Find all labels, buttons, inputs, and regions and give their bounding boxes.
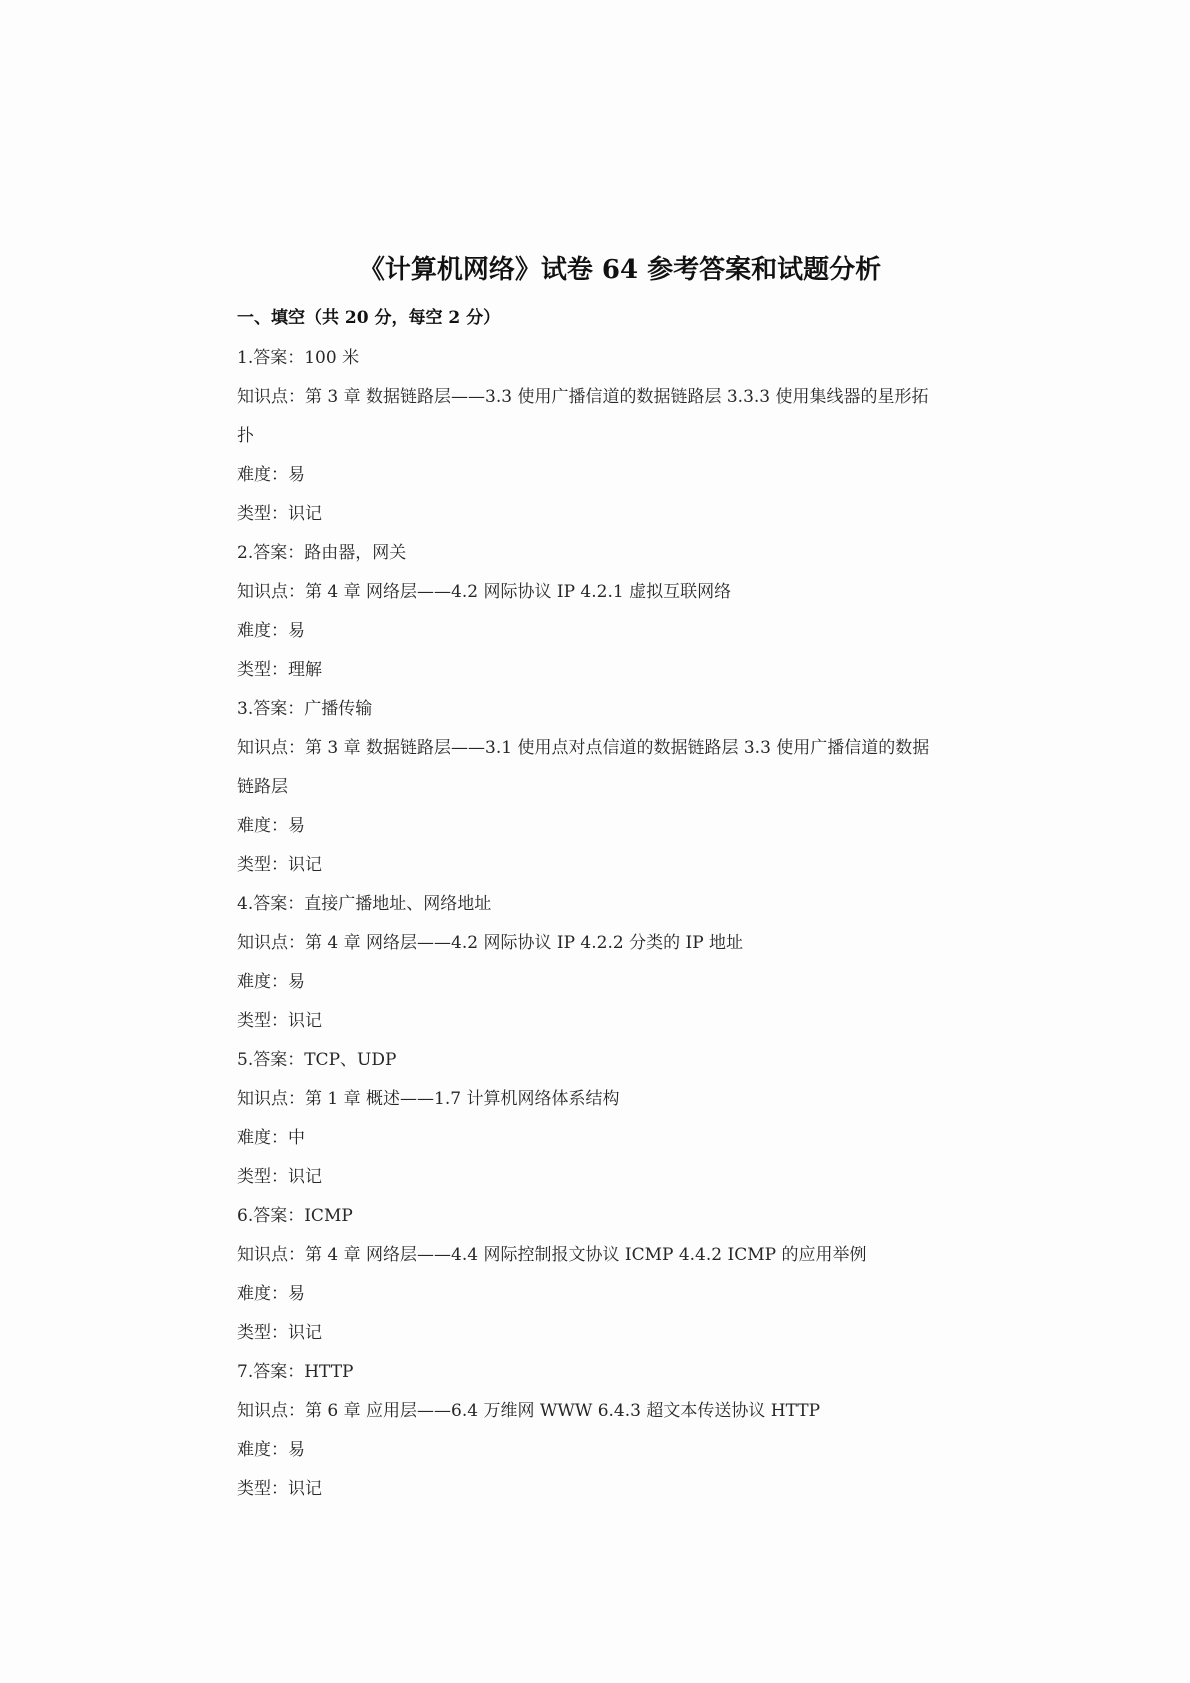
text-line: 1.答案：100 米 bbox=[237, 346, 1037, 370]
text-line: 知识点：第 4 章 网络层——4.4 网际控制报文协议 ICMP 4.4.2 I… bbox=[237, 1243, 1037, 1267]
text-line: 2.答案：路由器，网关 bbox=[237, 541, 1037, 565]
text-line: 3.答案：广播传输 bbox=[237, 697, 1037, 721]
text-line: 6.答案：ICMP bbox=[237, 1204, 1037, 1228]
text-line: 难度：中 bbox=[237, 1126, 1037, 1150]
text-line: 类型：识记 bbox=[237, 502, 1037, 526]
text-line: 扑 bbox=[237, 424, 1037, 448]
text-line: 类型：识记 bbox=[237, 853, 1037, 877]
text-line: 5.答案：TCP、UDP bbox=[237, 1048, 1037, 1072]
text-line: 4.答案：直接广播地址、网络地址 bbox=[237, 892, 1037, 916]
text-line: 类型：识记 bbox=[237, 1477, 1037, 1501]
document-title: 《计算机网络》试卷 64 参考答案和试题分析 bbox=[0, 253, 1190, 287]
text-line: 难度：易 bbox=[237, 1438, 1037, 1462]
text-line: 类型：理解 bbox=[237, 658, 1037, 682]
text-line: 7.答案：HTTP bbox=[237, 1360, 1037, 1384]
text-line: 知识点：第 3 章 数据链路层——3.3 使用广播信道的数据链路层 3.3.3 … bbox=[237, 385, 1037, 409]
text-line: 知识点：第 4 章 网络层——4.2 网际协议 IP 4.2.2 分类的 IP … bbox=[237, 931, 1037, 955]
text-line: 知识点：第 1 章 概述——1.7 计算机网络体系结构 bbox=[237, 1087, 1037, 1111]
text-line: 类型：识记 bbox=[237, 1321, 1037, 1345]
text-line: 知识点：第 3 章 数据链路层——3.1 使用点对点信道的数据链路层 3.3 使… bbox=[237, 736, 1037, 760]
text-line: 链路层 bbox=[237, 775, 1037, 799]
text-line: 难度：易 bbox=[237, 463, 1037, 487]
text-line: 知识点：第 4 章 网络层——4.2 网际协议 IP 4.2.1 虚拟互联网络 bbox=[237, 580, 1037, 604]
text-line: 难度：易 bbox=[237, 970, 1037, 994]
document-page: 《计算机网络》试卷 64 参考答案和试题分析 一、填空（共 20 分，每空 2 … bbox=[0, 0, 1190, 1683]
text-line: 类型：识记 bbox=[237, 1009, 1037, 1033]
text-line: 知识点：第 6 章 应用层——6.4 万维网 WWW 6.4.3 超文本传送协议… bbox=[237, 1399, 1037, 1423]
section-heading: 一、填空（共 20 分，每空 2 分） bbox=[237, 306, 500, 330]
text-line: 类型：识记 bbox=[237, 1165, 1037, 1189]
text-line: 难度：易 bbox=[237, 619, 1037, 643]
text-line: 难度：易 bbox=[237, 814, 1037, 838]
text-line: 难度：易 bbox=[237, 1282, 1037, 1306]
